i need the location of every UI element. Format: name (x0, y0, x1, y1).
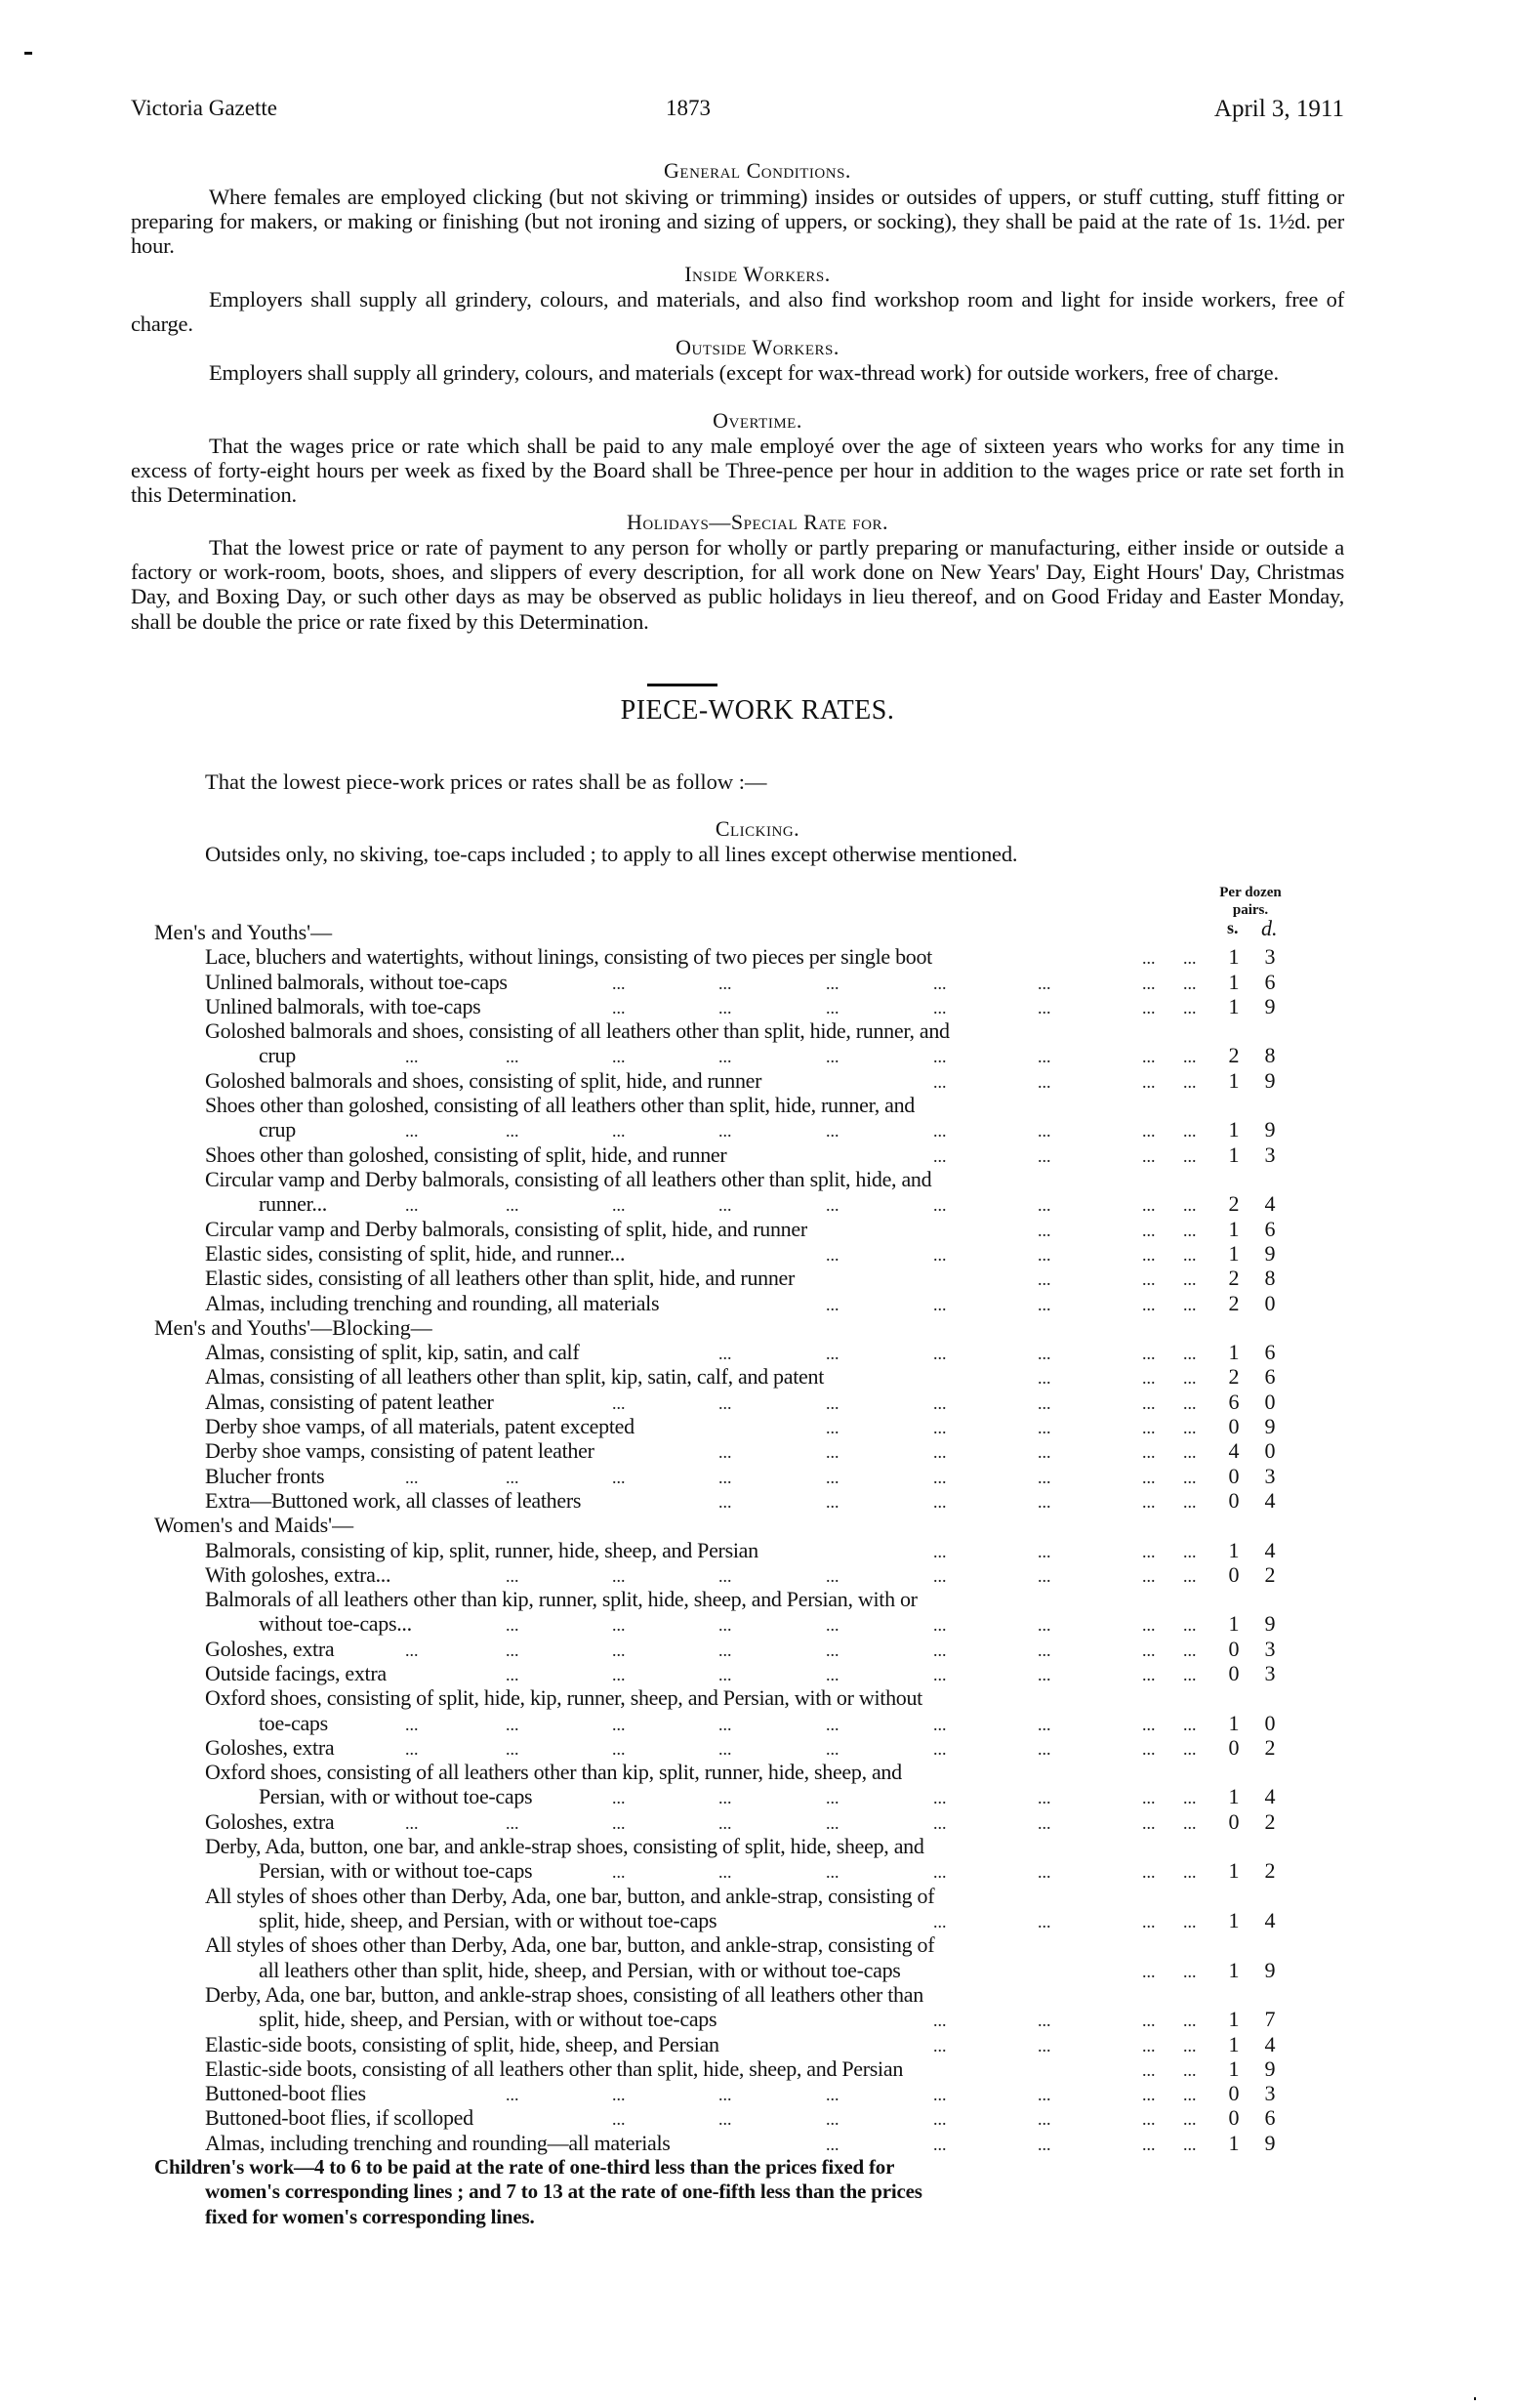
rate-description-continued: crup (259, 1043, 296, 1067)
rate-row: Buttoned-boot flies, if scolloped.......… (0, 2105, 1515, 2130)
rate-description: Elastic-side boots, consisting of split,… (205, 2032, 719, 2056)
rate-shillings: 0 (1224, 1414, 1244, 1438)
rate-shillings: 1 (1224, 2032, 1244, 2056)
leader-dots: ... (933, 1070, 947, 1095)
leader-dots: ... (1142, 1391, 1156, 1416)
leader-dots: ... (506, 1045, 519, 1069)
leader-dots: ... (1183, 1663, 1197, 1687)
rate-pence: 3 (1260, 1464, 1280, 1488)
leader-dots: ... (826, 1193, 839, 1218)
leader-dots: ... (1142, 1342, 1156, 1366)
rate-row: Derby shoe vamps, consisting of patent l… (0, 1438, 1515, 1463)
leader-dots: ... (826, 1639, 839, 1663)
leader-dots: ... (718, 1045, 732, 1069)
leader-dots: ... (1142, 1416, 1156, 1440)
leader-dots: ... (718, 1713, 732, 1737)
rate-description: Shoes other than goloshed, consisting of… (205, 1093, 915, 1117)
rate-shillings: 1 (1224, 1142, 1244, 1167)
leader-dots: ... (1142, 2133, 1156, 2157)
rate-shillings: 1 (1224, 1117, 1244, 1142)
leader-dots: ... (506, 2083, 519, 2107)
leader-dots: ... (612, 1663, 626, 1687)
rate-row: Circular vamp and Derby balmorals, consi… (0, 1217, 1515, 1241)
rate-description: Almas, consisting of split, kip, satin, … (205, 1340, 579, 1364)
leader-dots: ... (933, 2034, 947, 2058)
section-text-inside-workers: Employers shall supply all grindery, col… (131, 287, 1344, 336)
rate-row: Almas, including trenching and rounding—… (0, 2131, 1515, 2155)
leader-dots: ... (1142, 996, 1156, 1020)
leader-dots: ... (1038, 1613, 1051, 1638)
leader-dots: ... (1142, 1639, 1156, 1663)
rate-description: Buttoned-boot flies (205, 2081, 366, 2105)
rate-shillings: 1 (1224, 1958, 1244, 1982)
leader-dots: ... (718, 1860, 732, 1885)
leader-dots: ... (933, 1440, 947, 1465)
rate-shillings: 4 (1224, 1438, 1244, 1463)
leader-dots: ... (933, 1737, 947, 1762)
rate-row: Goloshes, extra.........................… (0, 1735, 1515, 1760)
leader-dots: ... (1142, 1267, 1156, 1292)
leader-dots: ... (1142, 1737, 1156, 1762)
leader-dots: ... (826, 1564, 839, 1589)
leader-dots: ... (718, 972, 732, 996)
leader-dots: ... (933, 972, 947, 996)
rate-pence: 3 (1260, 1142, 1280, 1167)
leader-dots: ... (933, 996, 947, 1020)
leader-dots: ... (405, 1811, 419, 1836)
rate-description: Derby, Ada, button, one bar, and ankle-s… (205, 1834, 924, 1858)
leader-dots: ... (1183, 2107, 1197, 2132)
rate-description-continued: split, hide, sheep, and Persian, with or… (259, 1908, 717, 1932)
leader-dots: ... (826, 996, 839, 1020)
rate-pence: 9 (1260, 1611, 1280, 1636)
publication-name: Victoria Gazette (131, 96, 277, 121)
leader-dots: ... (1038, 1193, 1051, 1218)
rate-row: Balmorals of all leathers other than kip… (0, 1587, 1515, 1637)
rate-row: All styles of shoes other than Derby, Ad… (0, 1884, 1515, 1933)
rate-row: Goloshes, extra.........................… (0, 1637, 1515, 1661)
leader-dots: ... (1183, 946, 1197, 971)
rate-description: Outside facings, extra (205, 1661, 387, 1685)
leader-dots: ... (933, 2107, 947, 2132)
rate-row: Elastic sides, consisting of split, hide… (0, 1241, 1515, 1266)
leader-dots: ... (1142, 2083, 1156, 2107)
leader-dots: ... (506, 1613, 519, 1638)
rate-description: Blucher fronts (205, 1464, 324, 1488)
leader-dots: ... (1183, 1293, 1197, 1317)
rate-description: Derby, Ada, one bar, button, and ankle-s… (205, 1982, 923, 2007)
leader-dots: ... (933, 1045, 947, 1069)
rate-row: Circular vamp and Derby balmorals, consi… (0, 1167, 1515, 1217)
leader-dots: ... (826, 1243, 839, 1267)
leader-dots: ... (1038, 1267, 1051, 1292)
rate-description: Circular vamp and Derby balmorals, consi… (205, 1167, 931, 1191)
leader-dots: ... (1142, 972, 1156, 996)
rate-row: Blucher fronts..........................… (0, 1464, 1515, 1488)
leader-dots: ... (1142, 2009, 1156, 2033)
rate-description: Derby shoe vamps, consisting of patent l… (205, 1438, 594, 1463)
rate-description-continued: split, hide, sheep, and Persian, with or… (259, 2007, 717, 2031)
leader-dots: ... (1183, 1243, 1197, 1267)
leader-dots: ... (718, 1342, 732, 1366)
rate-pence: 9 (1260, 1958, 1280, 1982)
section-divider (647, 684, 717, 686)
leader-dots: ... (1183, 1366, 1197, 1391)
leader-dots: ... (933, 1193, 947, 1218)
rate-shillings: 1 (1224, 2131, 1244, 2155)
leader-dots: ... (1038, 1639, 1051, 1663)
leader-dots: ... (612, 972, 626, 996)
leader-dots: ... (405, 1737, 419, 1762)
rate-row: Extra—Buttoned work, all classes of leat… (0, 1488, 1515, 1513)
leader-dots: ... (1142, 1811, 1156, 1836)
leader-dots: ... (933, 1663, 947, 1687)
rate-pence: 0 (1260, 1711, 1280, 1735)
leader-dots: ... (1142, 1663, 1156, 1687)
rate-shillings: 0 (1224, 2105, 1244, 2130)
piecework-title: PIECE-WORK RATES. (0, 695, 1515, 727)
rate-shillings: 2 (1224, 1191, 1244, 1216)
rate-pence: 0 (1260, 1438, 1280, 1463)
leader-dots: ... (1142, 1860, 1156, 1885)
leader-dots: ... (1038, 1293, 1051, 1317)
leader-dots: ... (1142, 1293, 1156, 1317)
rate-shillings: 2 (1224, 1364, 1244, 1389)
rate-shillings: 2 (1224, 1291, 1244, 1315)
leader-dots: ... (1183, 1416, 1197, 1440)
leader-dots: ... (1183, 2034, 1197, 2058)
leader-dots: ... (612, 1639, 626, 1663)
rate-description: Unlined balmorals, with toe-caps (205, 994, 480, 1018)
leader-dots: ... (1142, 1119, 1156, 1143)
leader-dots: ... (1183, 972, 1197, 996)
leader-dots: ... (1183, 1811, 1197, 1836)
leader-dots: ... (718, 2083, 732, 2107)
rate-pence: 9 (1260, 994, 1280, 1018)
section-text-outside-workers: Employers shall supply all grindery, col… (131, 360, 1344, 385)
rate-pence: 3 (1260, 944, 1280, 969)
leader-dots: ... (826, 1466, 839, 1490)
leader-dots: ... (1038, 1219, 1051, 1243)
rate-shillings: 1 (1224, 1538, 1244, 1562)
leader-dots: ... (1142, 1713, 1156, 1737)
leader-dots: ... (718, 2107, 732, 2132)
leader-dots: ... (1038, 1416, 1051, 1440)
rate-row: Elastic-side boots, consisting of split,… (0, 2032, 1515, 2056)
leader-dots: ... (1038, 1070, 1051, 1095)
leader-dots: ... (1038, 1663, 1051, 1687)
leader-dots: ... (1038, 2034, 1051, 2058)
children-note-line: women's corresponding lines ; and 7 to 1… (205, 2180, 922, 2204)
rate-row: Buttoned-boot flies.....................… (0, 2081, 1515, 2105)
leader-dots: ... (826, 1663, 839, 1687)
rate-description: Goloshes, extra (205, 1637, 334, 1661)
piecework-intro: That the lowest piece-work prices or rat… (205, 769, 766, 795)
leader-dots: ... (1142, 1440, 1156, 1465)
rate-row: Lace, bluchers and watertights, without … (0, 944, 1515, 969)
leader-dots: ... (718, 1119, 732, 1143)
leader-dots: ... (612, 1391, 626, 1416)
leader-dots: ... (612, 996, 626, 1020)
leader-dots: ... (933, 2009, 947, 2033)
leader-dots: ... (1183, 1219, 1197, 1243)
leader-dots: ... (506, 1119, 519, 1143)
leader-dots: ... (933, 1639, 947, 1663)
leader-dots: ... (1142, 1960, 1156, 1984)
rate-pence: 9 (1260, 1117, 1280, 1142)
leader-dots: ... (1142, 1243, 1156, 1267)
rate-pence: 6 (1260, 1340, 1280, 1364)
rate-pence: 4 (1260, 1538, 1280, 1562)
leader-dots: ... (1142, 1144, 1156, 1169)
leader-dots: ... (1183, 1860, 1197, 1885)
rate-description-continued: Persian, with or without toe-caps (259, 1784, 532, 1808)
leader-dots: ... (1038, 2009, 1051, 2033)
rate-pence: 2 (1260, 1858, 1280, 1883)
leader-dots: ... (826, 1342, 839, 1366)
leader-dots: ... (1038, 1045, 1051, 1069)
leader-dots: ... (1142, 1564, 1156, 1589)
leader-dots: ... (1142, 2058, 1156, 2083)
rate-row: Derby shoe vamps, of all materials, pate… (0, 1414, 1515, 1438)
leader-dots: ... (506, 1811, 519, 1836)
stray-mark (24, 52, 32, 55)
leader-dots: ... (826, 1613, 839, 1638)
leader-dots: ... (1183, 1119, 1197, 1143)
column-header-pence: d. (1261, 916, 1278, 941)
rate-shillings: 1 (1224, 1241, 1244, 1266)
rate-pence: 4 (1260, 1784, 1280, 1808)
rate-description: Almas, consisting of all leathers other … (205, 1364, 824, 1389)
rate-pence: 8 (1260, 1043, 1280, 1067)
rate-description: Elastic sides, consisting of split, hide… (205, 1241, 625, 1266)
rate-description: Buttoned-boot flies, if scolloped (205, 2105, 473, 2130)
clicking-intro: Outsides only, no skiving, toe-caps incl… (205, 842, 1017, 867)
leader-dots: ... (506, 1193, 519, 1218)
rate-shillings: 0 (1224, 1562, 1244, 1587)
rate-description: Oxford shoes, consisting of split, hide,… (205, 1685, 922, 1710)
rate-row: Oxford shoes, consisting of all leathers… (0, 1760, 1515, 1809)
rate-row: Almas, consisting of patent leather.....… (0, 1390, 1515, 1414)
rate-row: Almas, including trenching and rounding,… (0, 1291, 1515, 1315)
leader-dots: ... (718, 1440, 732, 1465)
rate-pence: 6 (1260, 2105, 1280, 2130)
rate-pence: 9 (1260, 1068, 1280, 1093)
leader-dots: ... (826, 1293, 839, 1317)
rate-pence: 0 (1260, 1291, 1280, 1315)
leader-dots: ... (612, 1737, 626, 1762)
rate-row: Outside facings, extra..................… (0, 1661, 1515, 1685)
leader-dots: ... (612, 1811, 626, 1836)
leader-dots: ... (826, 1860, 839, 1885)
section-heading-outside-workers: Outside Workers. (0, 335, 1515, 360)
leader-dots: ... (1183, 1540, 1197, 1564)
leader-dots: ... (506, 1564, 519, 1589)
rate-pence: 6 (1260, 970, 1280, 994)
rate-description: Lace, bluchers and watertights, without … (205, 944, 932, 969)
leader-dots: ... (933, 1466, 947, 1490)
leader-dots: ... (826, 2133, 839, 2157)
rate-pence: 9 (1260, 2131, 1280, 2155)
leader-dots: ... (1142, 1045, 1156, 1069)
leader-dots: ... (1038, 1243, 1051, 1267)
leader-dots: ... (1142, 2034, 1156, 2058)
leader-dots: ... (506, 1663, 519, 1687)
leader-dots: ... (826, 1490, 839, 1515)
rate-shillings: 1 (1224, 1340, 1244, 1364)
leader-dots: ... (612, 1786, 626, 1810)
leader-dots: ... (826, 1416, 839, 1440)
rate-pence: 4 (1260, 1488, 1280, 1513)
leader-dots: ... (1183, 1070, 1197, 1095)
rate-shillings: 1 (1224, 994, 1244, 1018)
leader-dots: ... (1142, 1910, 1156, 1934)
column-header-per-dozen: Per dozen (1197, 885, 1304, 901)
leader-dots: ... (718, 1391, 732, 1416)
page-number: 1873 (666, 96, 711, 121)
leader-dots: ... (718, 1639, 732, 1663)
rate-row: Almas, consisting of all leathers other … (0, 1364, 1515, 1389)
rate-group-label: Men's and Youths'—Blocking— (154, 1315, 432, 1341)
rate-pence: 7 (1260, 2007, 1280, 2031)
leader-dots: ... (1142, 1070, 1156, 1095)
leader-dots: ... (933, 1144, 947, 1169)
rate-shillings: 0 (1224, 1809, 1244, 1834)
leader-dots: ... (826, 1391, 839, 1416)
rate-pence: 9 (1260, 1241, 1280, 1266)
leader-dots: ... (1038, 1342, 1051, 1366)
rate-shillings: 1 (1224, 1908, 1244, 1932)
leader-dots: ... (405, 1045, 419, 1069)
leader-dots: ... (826, 2107, 839, 2132)
leader-dots: ... (933, 1243, 947, 1267)
leader-dots: ... (405, 1713, 419, 1737)
issue-date: April 3, 1911 (1214, 96, 1344, 123)
rate-description: Extra—Buttoned work, all classes of leat… (205, 1488, 581, 1513)
leader-dots: ... (612, 1564, 626, 1589)
leader-dots: ... (1183, 1713, 1197, 1737)
leader-dots: ... (1142, 1366, 1156, 1391)
rate-description: Almas, including trenching and rounding,… (205, 1291, 659, 1315)
leader-dots: ... (405, 1639, 419, 1663)
leader-dots: ... (1142, 1219, 1156, 1243)
leader-dots: ... (612, 1860, 626, 1885)
rate-pence: 4 (1260, 1191, 1280, 1216)
leader-dots: ... (718, 1811, 732, 1836)
leader-dots: ... (1142, 2107, 1156, 2132)
rate-shillings: 0 (1224, 2081, 1244, 2105)
rate-row: Elastic-side boots, consisting of all le… (0, 2056, 1515, 2081)
rate-description: Oxford shoes, consisting of all leathers… (205, 1760, 902, 1784)
leader-dots: ... (1038, 1144, 1051, 1169)
rate-description-continued: Persian, with or without toe-caps (259, 1858, 532, 1883)
leader-dots: ... (1142, 1466, 1156, 1490)
rate-shillings: 0 (1224, 1661, 1244, 1685)
rate-description: Derby shoe vamps, of all materials, pate… (205, 1414, 635, 1438)
rate-row: Derby, Ada, one bar, button, and ankle-s… (0, 1982, 1515, 2032)
leader-dots: ... (612, 1613, 626, 1638)
leader-dots: ... (405, 1119, 419, 1143)
rate-row: Almas, consisting of split, kip, satin, … (0, 1340, 1515, 1364)
rate-row: Goloshed balmorals and shoes, consisting… (0, 1068, 1515, 1093)
leader-dots: ... (1038, 2107, 1051, 2132)
rate-description-continued: toe-caps (259, 1711, 328, 1735)
leader-dots: ... (612, 1193, 626, 1218)
leader-dots: ... (933, 1342, 947, 1366)
section-text-holidays: That the lowest price or rate of payment… (131, 535, 1344, 634)
leader-dots: ... (612, 2083, 626, 2107)
leader-dots: ... (612, 1045, 626, 1069)
rate-row: Shoes other than goloshed, consisting of… (0, 1093, 1515, 1142)
leader-dots: ... (1142, 1540, 1156, 1564)
leader-dots: ... (1183, 1267, 1197, 1292)
rate-description: Circular vamp and Derby balmorals, consi… (205, 1217, 807, 1241)
rate-shillings: 1 (1224, 1217, 1244, 1241)
leader-dots: ... (1038, 1119, 1051, 1143)
leader-dots: ... (1038, 1466, 1051, 1490)
section-text-general-conditions: Where females are employed clicking (but… (131, 185, 1344, 259)
rate-description-continued: runner... (259, 1191, 327, 1216)
leader-dots: ... (826, 972, 839, 996)
rate-shillings: 1 (1224, 2007, 1244, 2031)
leader-dots: ... (1038, 1366, 1051, 1391)
leader-dots: ... (718, 1193, 732, 1218)
leader-dots: ... (718, 1786, 732, 1810)
leader-dots: ... (1183, 1639, 1197, 1663)
leader-dots: ... (826, 1440, 839, 1465)
rate-row: Goloshed balmorals and shoes, consisting… (0, 1018, 1515, 1068)
leader-dots: ... (1038, 1811, 1051, 1836)
leader-dots: ... (1183, 1786, 1197, 1810)
rate-description: Unlined balmorals, without toe-caps (205, 970, 508, 994)
leader-dots: ... (826, 1045, 839, 1069)
rate-row: Balmorals, consisting of kip, split, run… (0, 1538, 1515, 1562)
leader-dots: ... (1142, 1613, 1156, 1638)
leader-dots: ... (1038, 996, 1051, 1020)
leader-dots: ... (718, 996, 732, 1020)
leader-dots: ... (1038, 1440, 1051, 1465)
column-header-shillings: s. (1227, 918, 1239, 938)
leader-dots: ... (1183, 1490, 1197, 1515)
leader-dots: ... (826, 1737, 839, 1762)
leader-dots: ... (933, 1564, 947, 1589)
leader-dots: ... (1183, 1564, 1197, 1589)
leader-dots: ... (1142, 1193, 1156, 1218)
leader-dots: ... (506, 1713, 519, 1737)
rate-shillings: 1 (1224, 1068, 1244, 1093)
leader-dots: ... (933, 1540, 947, 1564)
rate-shillings: 6 (1224, 1390, 1244, 1414)
rate-pence: 2 (1260, 1562, 1280, 1587)
rate-pence: 4 (1260, 2032, 1280, 2056)
section-heading-overtime: Overtime. (0, 408, 1515, 434)
leader-dots: ... (933, 1119, 947, 1143)
leader-dots: ... (1038, 972, 1051, 996)
rate-description-continued: all leathers other than split, hide, she… (259, 1958, 901, 1982)
rate-description: With goloshes, extra... (205, 1562, 390, 1587)
rate-description: Goloshed balmorals and shoes, consisting… (205, 1068, 761, 1093)
leader-dots: ... (718, 1564, 732, 1589)
rate-description: All styles of shoes other than Derby, Ad… (205, 1932, 934, 1957)
rate-row: Oxford shoes, consisting of split, hide,… (0, 1685, 1515, 1735)
leader-dots: ... (933, 1811, 947, 1836)
rate-pence: 0 (1260, 1390, 1280, 1414)
children-note-line: Children's work—4 to 6 to be paid at the… (154, 2155, 894, 2180)
rate-shillings: 1 (1224, 1858, 1244, 1883)
rate-shillings: 0 (1224, 1488, 1244, 1513)
rate-shillings: 2 (1224, 1043, 1244, 1067)
section-text-overtime: That the wages price or rate which shall… (131, 434, 1344, 508)
